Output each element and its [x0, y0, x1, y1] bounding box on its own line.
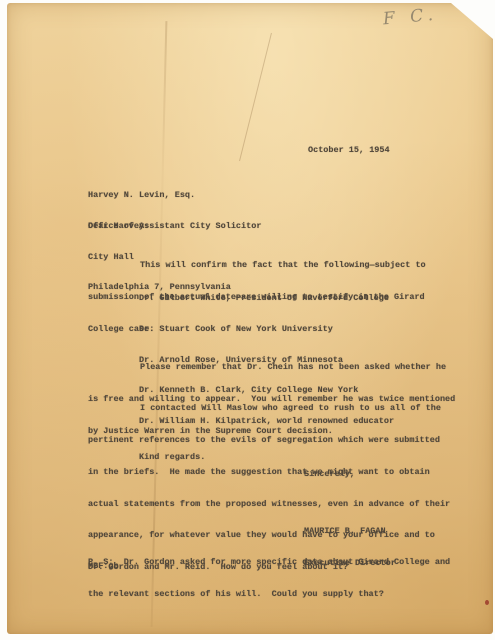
typist-initials: MBF:gb	[88, 561, 119, 572]
closing-sincerely: Sincerely,	[304, 469, 355, 480]
postscript: P. S: Dr. Gordon asked for more specific…	[88, 536, 450, 621]
paragraph-line: This will confirm the fact that the foll…	[88, 260, 426, 271]
paragraph-line: pertinent references to the evils of seg…	[88, 435, 450, 446]
letter-date: October 15, 1954	[308, 145, 390, 156]
paragraph-line: Please remember that Dr. Chein has not b…	[88, 362, 455, 373]
paragraph-line: in the briefs. He made the suggestion th…	[88, 467, 450, 478]
paper-scratch	[239, 33, 272, 161]
salutation: Dear Harvey:	[88, 221, 149, 232]
witness-item: Dr. Gilbert White, President of Haverfor…	[139, 293, 394, 303]
scan-background: F C. October 15, 1954 Harvey N. Levin, E…	[0, 0, 495, 640]
corner-cut	[451, 3, 493, 39]
paragraph-line: I contacted Will Maslow who agreed to ru…	[88, 403, 450, 414]
kind-regards: Kind regards.	[139, 452, 205, 463]
red-speck	[485, 600, 489, 605]
address-line: Harvey N. Levin, Esq.	[88, 190, 261, 200]
postscript-line: P. S: Dr. Gordon asked for more specific…	[88, 557, 450, 568]
paragraph-line: actual statements from the proposed witn…	[88, 499, 450, 510]
witness-item: Dr. Stuart Cook of New York University	[139, 324, 394, 334]
letter-paper: F C. October 15, 1954 Harvey N. Levin, E…	[7, 3, 493, 634]
postscript-line: the relevant sections of his will. Could…	[88, 589, 450, 600]
pencil-annotation: F C.	[382, 5, 439, 30]
